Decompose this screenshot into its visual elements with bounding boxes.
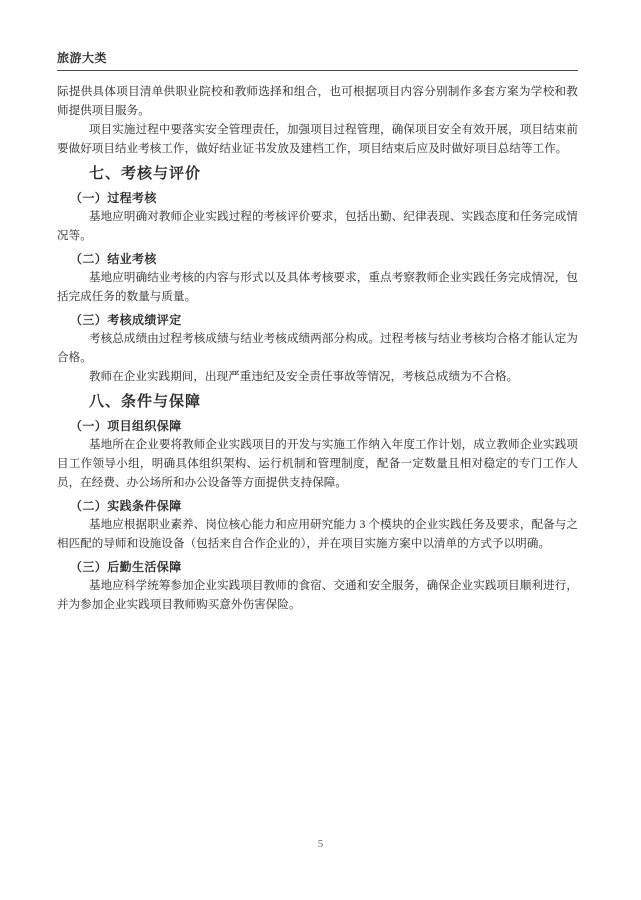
paragraph: 际提供具体项目清单供职业院校和教师选择和组合，也可根据项目内容分别制作多套方案为… xyxy=(57,83,578,121)
paragraph: 基地应明确对教师企业实践过程的考核评价要求，包括出勤、纪律表现、实践态度和任务完… xyxy=(57,208,578,246)
paragraph: 教师在企业实践期间，出现严重违纪及安全责任事故等情况，考核总成绩为不合格。 xyxy=(57,368,578,387)
page-number: 5 xyxy=(0,838,641,850)
paragraph: 基地应明确结业考核的内容与形式以及具体考核要求，重点考察教师企业实践任务完成情况… xyxy=(57,269,578,307)
subsection-heading-logistics-guarantee: （三）后勤生活保障 xyxy=(57,559,578,575)
subsection-heading-process-assessment: （一）过程考核 xyxy=(57,190,578,206)
subsection-heading-organization-guarantee: （一）项目组织保障 xyxy=(57,418,578,434)
paragraph: 基地应科学统筹参加企业实践项目教师的食宿、交通和安全服务，确保企业实践项目顺利进… xyxy=(57,577,578,615)
paragraph: 基地应根据职业素养、岗位核心能力和应用研究能力 3 个模块的企业实践任务及要求，… xyxy=(57,516,578,554)
paragraph: 考核总成绩由过程考核成绩与结业考核成绩两部分构成。过程考核与结业考核均合格才能认… xyxy=(57,330,578,368)
paragraph: 项目实施过程中要落实安全管理责任，加强项目过程管理，确保项目安全有效开展，项目结… xyxy=(57,121,578,159)
section-heading-conditions: 八、条件与保障 xyxy=(57,392,578,412)
subsection-heading-practice-conditions-guarantee: （二）实践条件保障 xyxy=(57,498,578,514)
page-content: 旅游大类 际提供具体项目清单供职业院校和教师选择和组合，也可根据项目内容分别制作… xyxy=(57,0,578,615)
section-heading-assessment: 七、考核与评价 xyxy=(57,164,578,184)
category-header: 旅游大类 xyxy=(57,52,578,71)
subsection-heading-grade-evaluation: （三）考核成绩评定 xyxy=(57,312,578,328)
subsection-heading-completion-assessment: （二）结业考核 xyxy=(57,251,578,267)
paragraph: 基地所在企业要将教师企业实践项目的开发与实施工作纳入年度工作计划，成立教师企业实… xyxy=(57,436,578,493)
document-page: 旅游大类 际提供具体项目清单供职业院校和教师选择和组合，也可根据项目内容分别制作… xyxy=(0,0,641,900)
